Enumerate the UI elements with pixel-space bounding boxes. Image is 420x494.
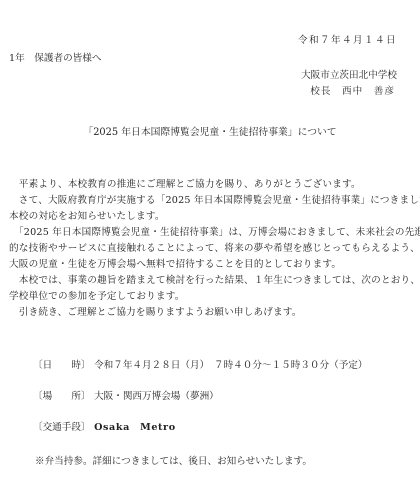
- body-line: 大阪の児童・生徒を万博会場へ無料で招待することを目的としております。: [9, 260, 414, 276]
- body-line: 本校の対応をお知らせいたします。: [9, 212, 414, 228]
- detail-value: 大阪・関西万博会場（夢洲）: [94, 391, 219, 402]
- detail-value: Osaka Metro: [94, 422, 176, 433]
- body-line: 「2025 年日本国際博覧会児童・生徒招待事業」は、万博会場におきまして、未来社…: [9, 228, 414, 244]
- detail-label: 〔交通手段〕: [33, 423, 91, 433]
- detail-datetime: 〔日 時〕 令和７年４月２８日（月） ７時４０分～１５時３０分（予定）: [33, 361, 367, 371]
- body-line: 引き続き、ご理解とご協力を賜りますようお願い申しあげます。: [9, 308, 414, 324]
- school-name: 大阪市立茨田北中学校: [301, 71, 397, 81]
- detail-label: 〔場 所〕: [33, 392, 91, 402]
- detail-label: 〔日 時〕: [33, 361, 91, 371]
- recipient-line: 1年 保護者の皆様へ: [9, 54, 101, 64]
- body-line: 本校では、事業の趣旨を踏まえて検討を行った結果、１年生につきましては、次のとおり…: [9, 276, 414, 292]
- detail-value: 令和７年４月２８日（月） ７時４０分～１５時３０分（予定）: [94, 360, 367, 371]
- body-line: 的な技術やサービスに直接触れることによって、将来の夢や希望を感じとってもらえるよ…: [9, 244, 414, 260]
- document-body: 平素より、本校教育の推進にご理解とご協力を賜り、ありがとうございます。 さて、大…: [9, 180, 414, 324]
- footnote: ※弁当持参。詳細につきましては、後日、お知らせいたします。: [35, 457, 312, 467]
- principal-name: 校長 西中 善彦: [310, 87, 395, 97]
- document-date: 令和７年４月１４日: [298, 36, 397, 46]
- body-line: 学校単位での参加を予定しております。: [9, 292, 414, 308]
- body-line: 平素より、本校教育の推進にご理解とご協力を賜り、ありがとうございます。: [9, 180, 414, 196]
- body-line: さて、大阪府教育庁が実施する「2025 年日本国際博覧会児童・生徒招待事業」につ…: [9, 196, 414, 212]
- document-title: 「2025 年日本国際博覧会児童・生徒招待事業」について: [0, 128, 420, 138]
- detail-place: 〔場 所〕 大阪・関西万博会場（夢洲）: [33, 392, 219, 402]
- detail-transport: 〔交通手段〕 Osaka Metro: [33, 423, 176, 433]
